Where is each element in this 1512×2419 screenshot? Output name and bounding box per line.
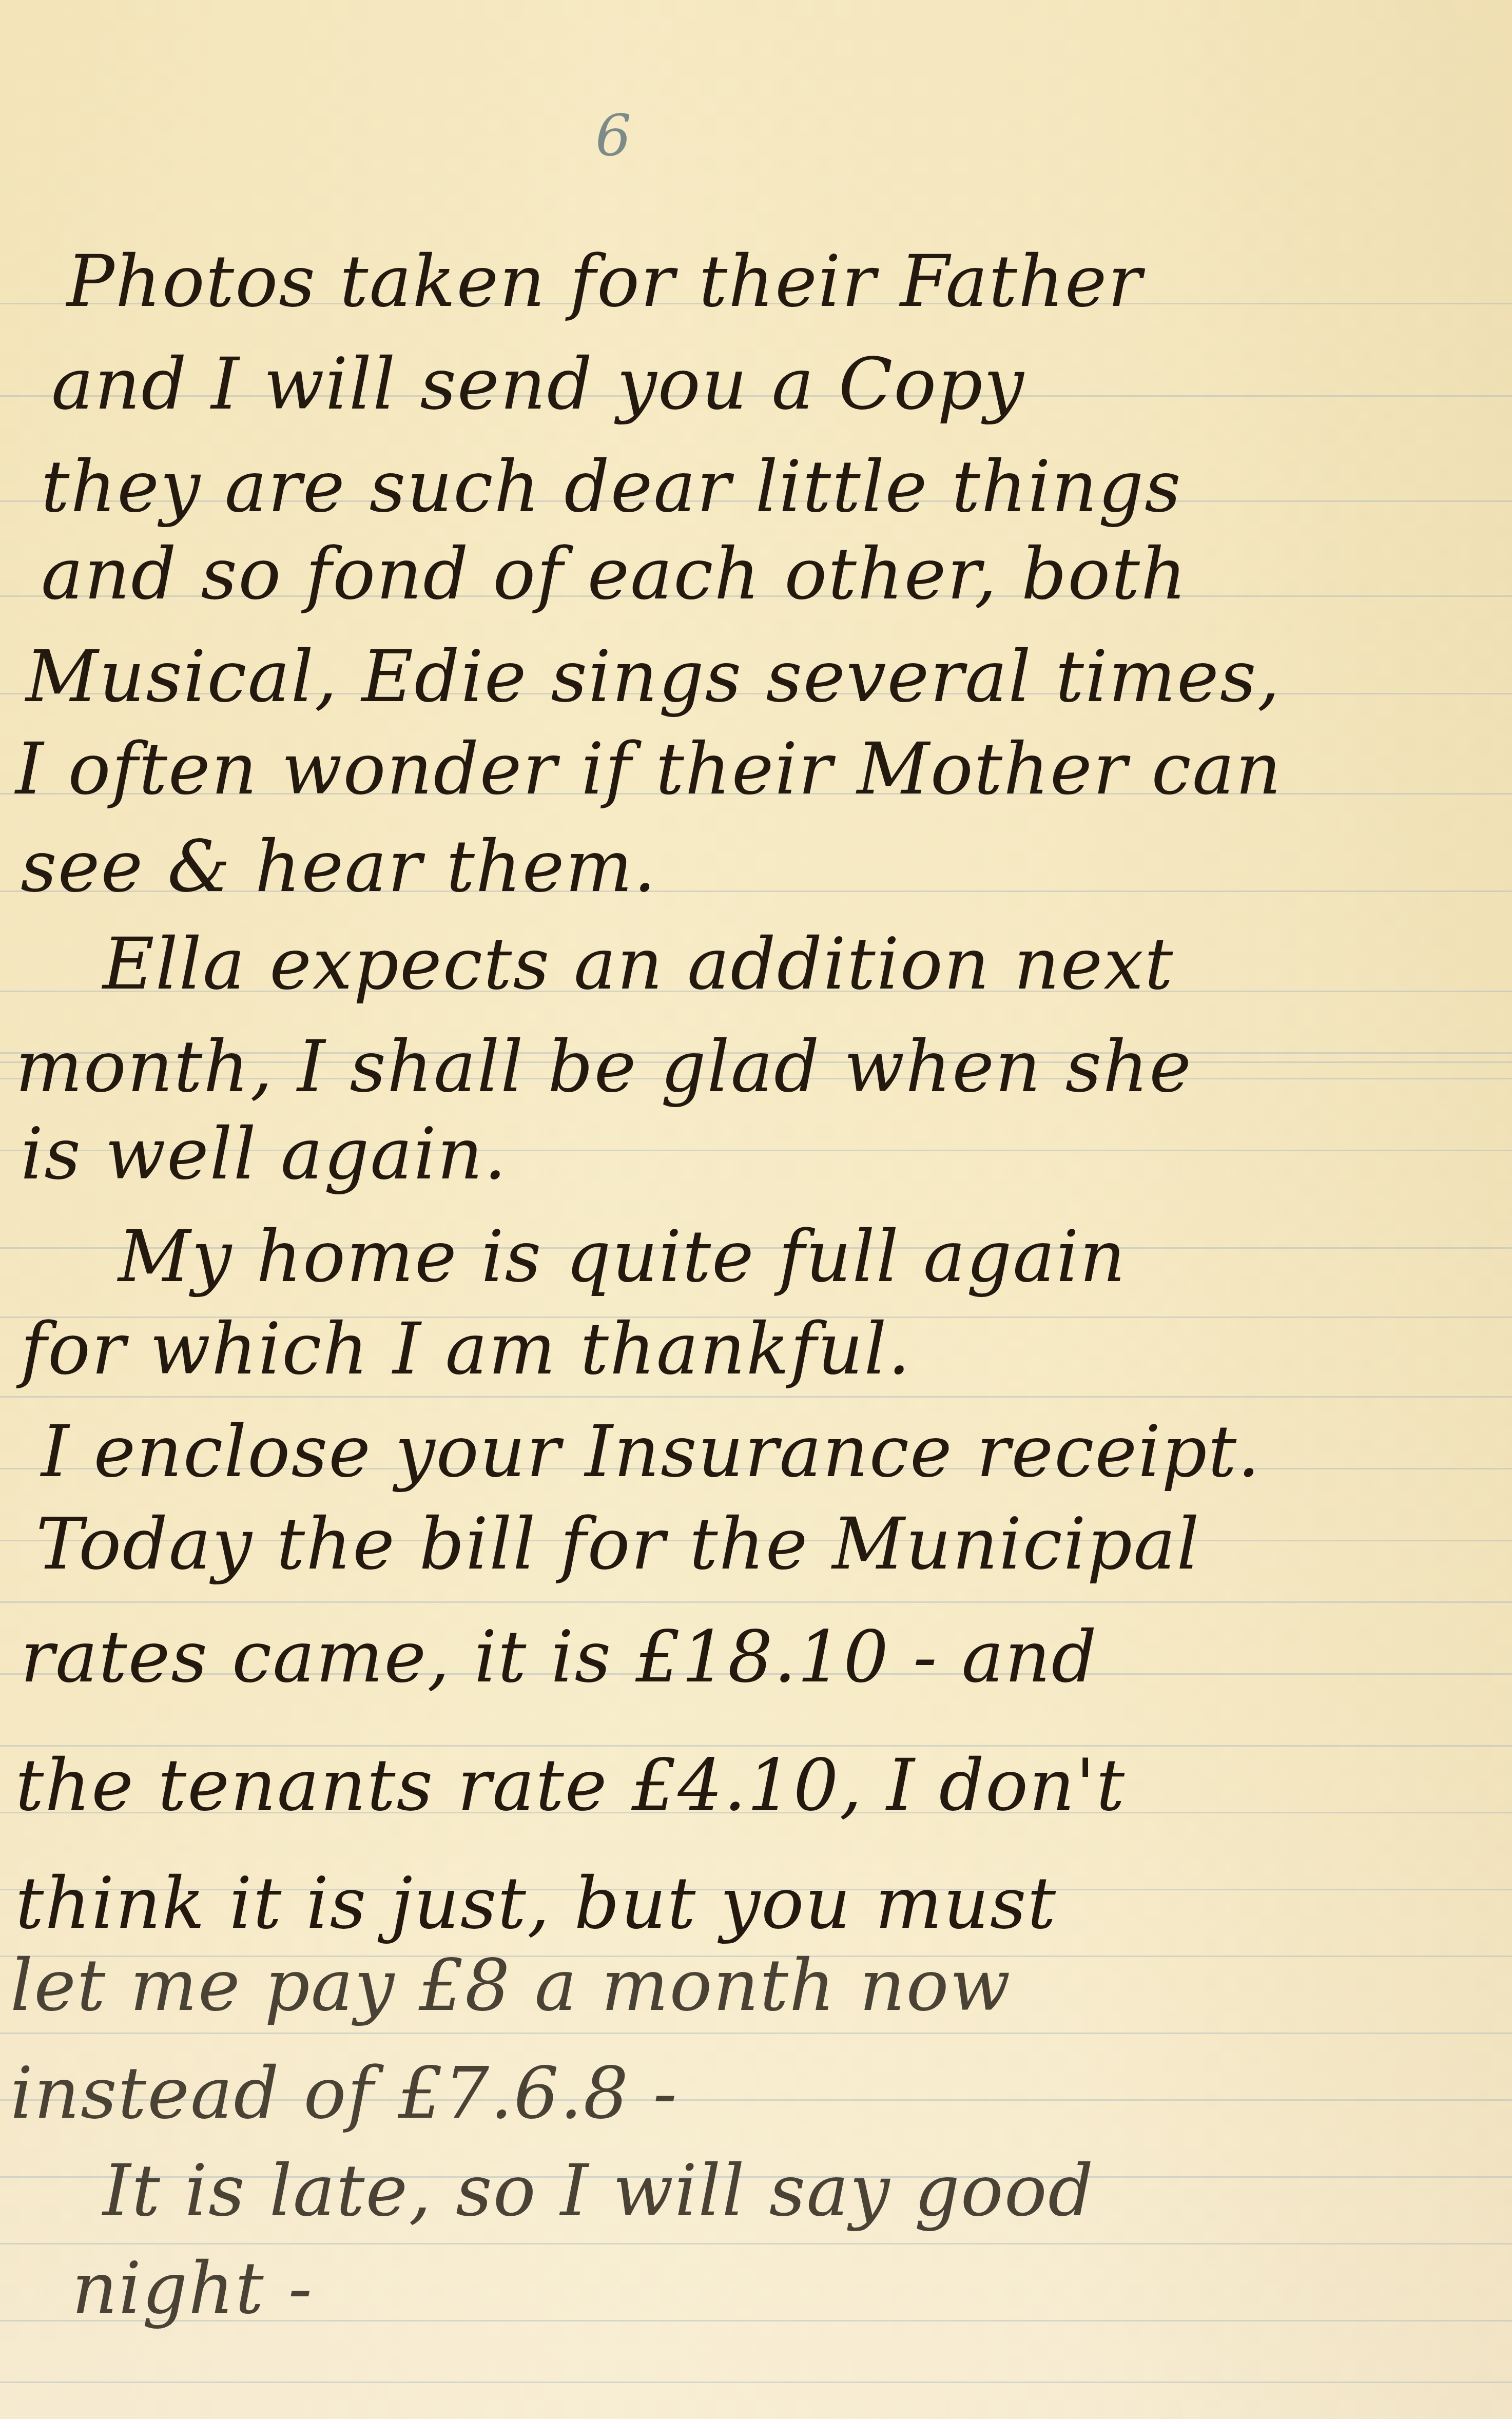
letter-line: for which I am thankful.: [21, 1314, 912, 1385]
letter-line: month, I shall be glad when she: [15, 1032, 1192, 1102]
letter-line: rates came, it is £18.10 - and: [21, 1622, 1098, 1693]
letter-page: 6 Photos taken for their Father and I wi…: [0, 0, 1512, 2419]
letter-line: Photos taken for their Father: [67, 246, 1142, 317]
letter-line: is well again.: [21, 1119, 508, 1190]
page-number: 6: [595, 103, 631, 168]
letter-line: see & hear them.: [21, 831, 657, 902]
letter-line: I enclose your Insurance receipt.: [41, 1417, 1261, 1487]
ruled-line: [0, 2382, 1512, 2383]
letter-line: Ella expects an addition next: [103, 929, 1174, 1000]
letter-line: think it is just, but you must: [15, 1868, 1057, 1939]
letter-line: Musical, Edie sings several times,: [26, 642, 1281, 712]
letter-line: My home is quite full again: [118, 1222, 1127, 1292]
letter-line: It is late, so I will say good: [103, 2156, 1094, 2227]
ruled-line: [0, 1396, 1512, 1398]
letter-line: the tenants rate £4.10, I don't: [15, 1750, 1126, 1821]
letter-line: they are such dear little things: [41, 452, 1182, 522]
letter-line: I often wonder if their Mother can: [15, 734, 1282, 805]
letter-line: instead of £7.6.8 -: [10, 2058, 678, 2129]
ruled-line: [0, 2243, 1512, 2244]
letter-line: let me pay £8 a month now: [10, 1950, 1012, 2021]
letter-line: night -: [72, 2253, 313, 2324]
letter-line: and I will send you a Copy: [51, 349, 1025, 420]
letter-line: Today the bill for the Municipal: [36, 1509, 1200, 1580]
letter-line: and so fond of each other, both: [41, 539, 1188, 610]
ruled-line: [0, 1601, 1512, 1603]
ruled-line: [0, 2033, 1512, 2034]
